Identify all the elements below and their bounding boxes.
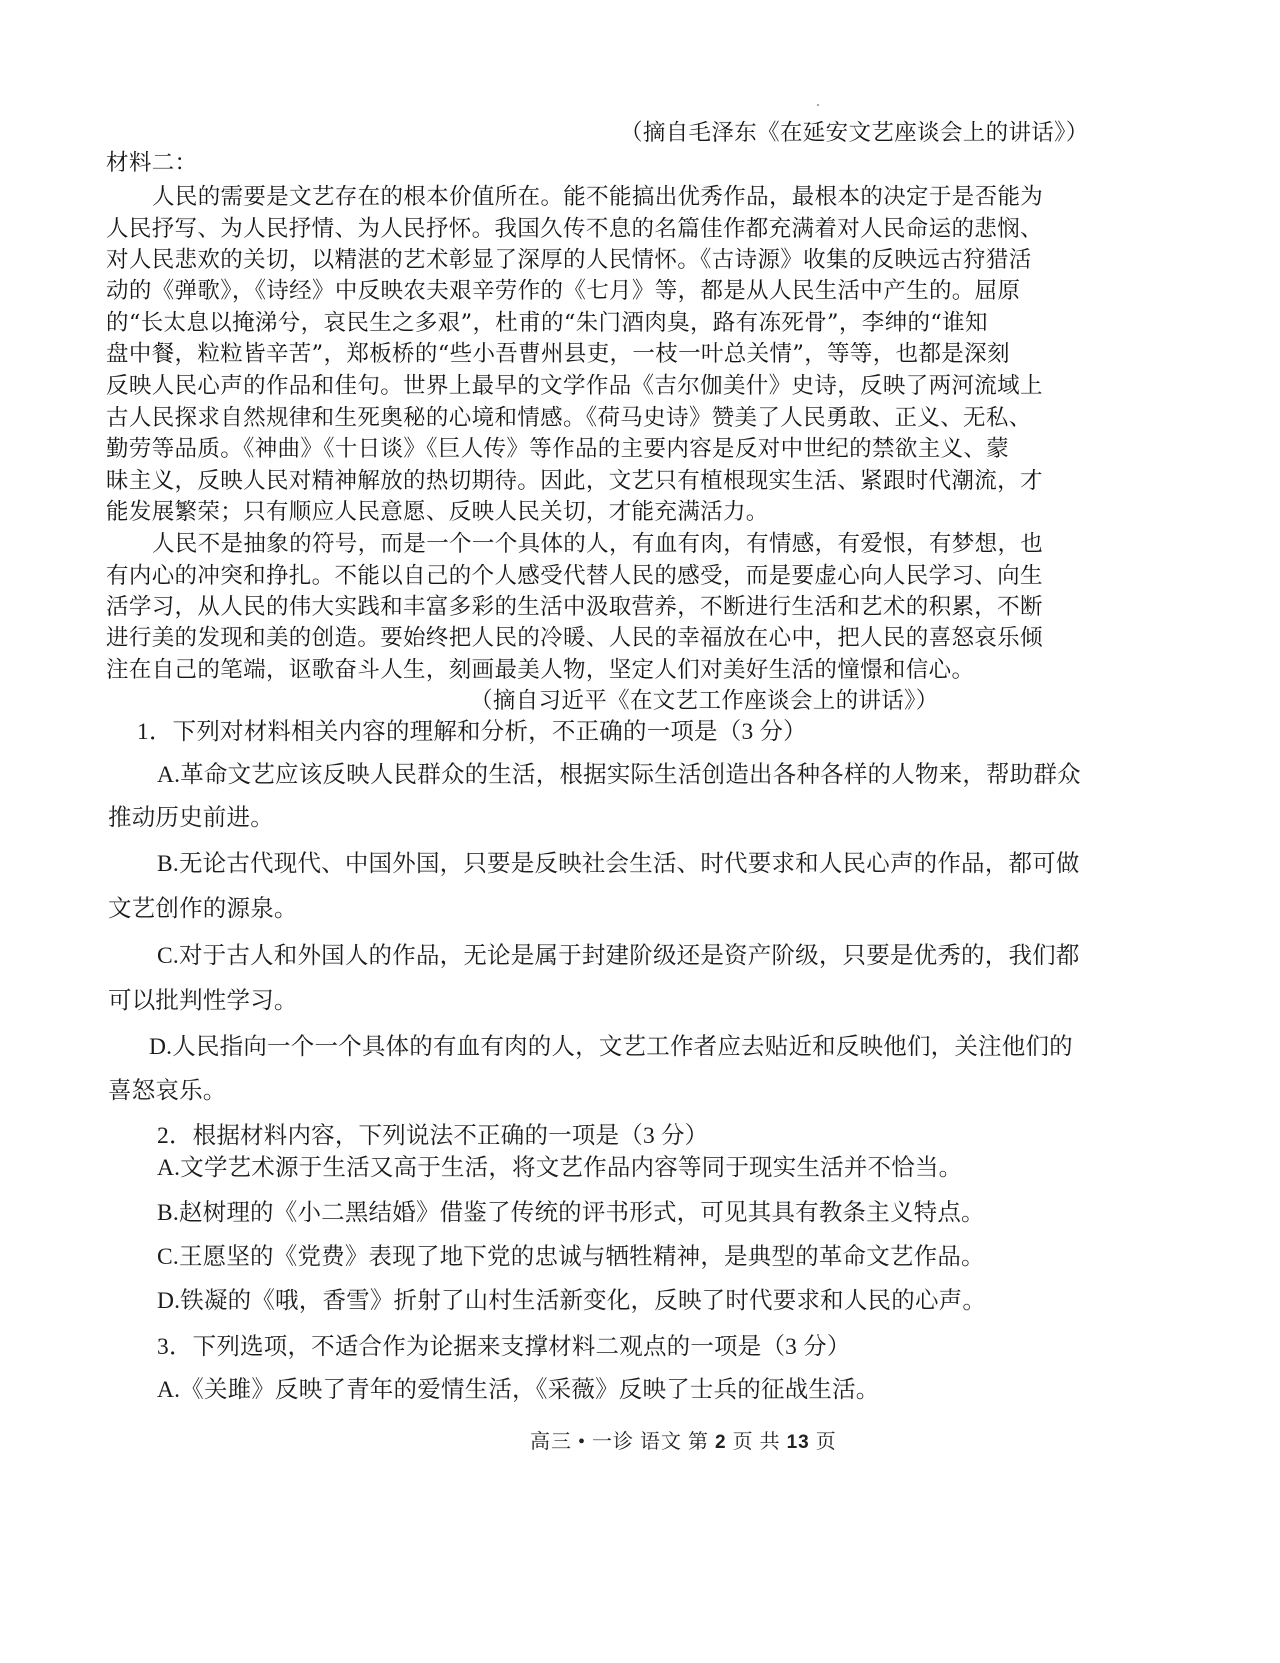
paragraph-line: 昧主义，反映人民对精神解放的热切期待。因此，文艺只有植根现实生活、紧跟时代潮流，… — [106, 470, 1043, 493]
option-a: A.革命文艺应该反映人民群众的生活，根据实际生活创造出各种各样的人物来，帮助群众 — [157, 764, 1081, 788]
option-b: B.无论古代现代、中国外国，只要是反映社会生活、时代要求和人民心声的作品，都可做 — [157, 853, 1080, 877]
option-c-cont: 可以批判性学习。 — [108, 990, 298, 1014]
option-a: A.文学艺术源于生活又高于生活，将文艺作品内容等同于现实生活并不恰当。 — [157, 1157, 962, 1181]
page-number: 2 — [715, 1432, 727, 1453]
paragraph-line: 反映人民心声的作品和佳句。世界上最早的文学作品《吉尔伽美什》史诗，反映了两河流域… — [106, 375, 1043, 398]
paragraph-line: 的“长太息以掩涕兮，哀民生之多艰”，杜甫的“朱门酒肉臭，路有冻死骨”，李绅的“谁… — [106, 312, 988, 335]
page-footer: 高三 • 一诊 语文 第 2 页 共 13 页 — [530, 1432, 837, 1452]
paragraph-line: 动的《弹歌》，《诗经》中反映农夫艰辛劳作的《七月》等，都是从人民生活中产生的。屈… — [106, 280, 1020, 303]
material-two-heading: 材料二： — [106, 152, 197, 175]
paragraph-line: 盘中餐，粒粒皆辛苦”，郑板桥的“些小吾曹州县吏，一枝一叶总关情”，等等，也都是深… — [106, 343, 1010, 366]
footer-suffix: 页 — [810, 1431, 837, 1453]
paragraph-line: 活学习，从人民的伟大实践和丰富多彩的生活中汲取营养，不断进行生活和艺术的积累，不… — [106, 596, 1043, 619]
option-b: B.赵树理的《小二黑结婚》借鉴了传统的评书形式，可见其具有教条主义特点。 — [157, 1202, 985, 1226]
paragraph-line: 勤劳等品质。《神曲》《十日谈》《巨人传》等作品的主要内容是反对中世纪的禁欲主义、… — [106, 438, 1009, 461]
paragraph-line: 人民不是抽象的符号，而是一个一个具体的人，有血有肉，有情感，有爱恨，有梦想，也 — [152, 533, 1043, 556]
option-c: C.对于古人和外国人的作品，无论是属于封建阶级还是资产阶级，只要是优秀的，我们都 — [157, 945, 1080, 969]
scan-speck — [817, 104, 819, 106]
option-c: C.王愿坚的《党费》表现了地下党的忠诚与牺牲精神，是典型的革命文艺作品。 — [157, 1246, 985, 1270]
footer-middle: 页 共 — [727, 1431, 787, 1453]
paragraph-line: 人民抒写、为人民抒情、为人民抒怀。我国久传不息的名篇佳作都充满着对人民命运的悲悯… — [106, 218, 1043, 241]
question-stem: 3．下列选项，不适合作为论据来支撑材料二观点的一项是（3 分） — [157, 1336, 851, 1360]
option-d: D.人民指向一个一个具体的有血有肉的人，文艺工作者应去贴近和反映他们，关注他们的 — [149, 1036, 1073, 1060]
material-two-attribution: （摘自习近平《在文艺工作座谈会上的讲话》） — [470, 690, 939, 713]
question-stem: 2．根据材料内容，下列说法不正确的一项是（3 分） — [157, 1125, 708, 1149]
option-b-cont: 文艺创作的源泉。 — [108, 898, 298, 922]
material-one-attribution: （摘自毛泽东《在延安文艺座谈会上的讲话》） — [620, 122, 1089, 145]
paragraph-line: 注在自己的笔端，讴歌奋斗人生，刻画最美人物，坚定人们对美好生活的憧憬和信心。 — [106, 659, 974, 682]
option-d: D.铁凝的《哦，香雪》折射了山村生活新变化，反映了时代要求和人民的心声。 — [157, 1290, 986, 1314]
paragraph-line: 能发展繁荣；只有顺应人民意愿、反映人民关切，才能充满活力。 — [106, 501, 769, 524]
question-stem: 1．下列对材料相关内容的理解和分析，不正确的一项是（3 分） — [137, 721, 807, 745]
paragraph-line: 古人民探求自然规律和生死奥秘的心境和情感。《荷马史诗》赞美了人民勇敢、正义、无私… — [106, 407, 1032, 430]
paragraph-line: 人民的需要是文艺存在的根本价值所在。能不能搞出优秀作品，最根本的决定于是否能为 — [152, 186, 1043, 209]
option-a: A.《关雎》反映了青年的爱情生活，《采薇》反映了士兵的征战生活。 — [157, 1379, 880, 1403]
paragraph-line: 对人民悲欢的关切，以精湛的艺术彰显了深厚的人民情怀。《古诗源》收集的反映远古狩猎… — [106, 249, 1032, 272]
total-pages: 13 — [787, 1432, 810, 1453]
paragraph-line: 进行美的发现和美的创造。要始终把人民的冷暖、人民的幸福放在心中，把人民的喜怒哀乐… — [106, 627, 1043, 650]
paragraph-line: 有内心的冲突和挣扎。不能以自己的个人感受代替人民的感受，而是要虚心向人民学习、向… — [106, 565, 1043, 588]
option-a-cont: 推动历史前进。 — [108, 807, 274, 831]
footer-prefix: 高三 • 一诊 语文 第 — [530, 1431, 715, 1453]
option-d-cont: 喜怒哀乐。 — [108, 1080, 227, 1104]
